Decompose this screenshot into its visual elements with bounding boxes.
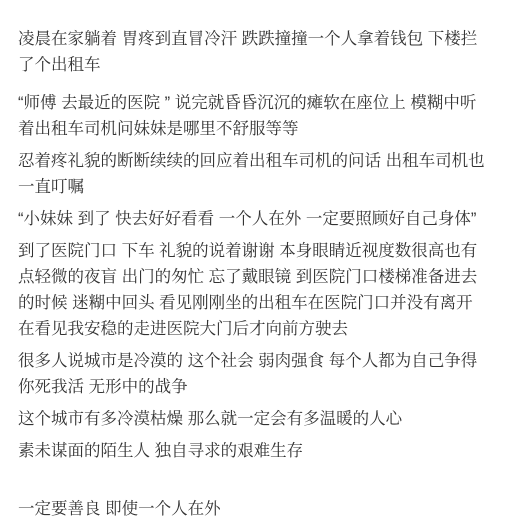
paragraph: 素未谋面的陌生人 独自寻求的艰难生存 — [18, 438, 494, 464]
text-line: 素未谋面的陌生人 独自寻求的艰难生存 — [18, 438, 494, 464]
paragraph: 很多人说城市是冷漠的 这个社会 弱肉强食 每个人都为自己争得 你死我活 无形中的… — [18, 348, 494, 400]
text-line: 着出租车司机问妹妹是哪里不舒服等等 — [18, 116, 494, 142]
paragraph: 到了医院门口 下车 礼貌的说着谢谢 本身眼睛近视度数很高也有 点轻微的夜盲 出门… — [18, 238, 494, 342]
text-line: 的时候 迷糊中回头 看见刚刚坐的出租车在医院门口并没有离开 — [18, 290, 494, 316]
text-line: “小妹妹 到了 快去好好看看 一个人在外 一定要照顾好自己身体” — [18, 206, 494, 232]
paragraph: “小妹妹 到了 快去好好看看 一个人在外 一定要照顾好自己身体” — [18, 206, 494, 232]
text-line: 这个城市有多冷漠枯燥 那么就一定会有多温暖的人心 — [18, 406, 494, 432]
paragraph: 这个城市有多冷漠枯燥 那么就一定会有多温暖的人心 — [18, 406, 494, 432]
paragraph-closing-remark: 一定要善良 即使一个人在外 — [18, 496, 494, 522]
paragraph: “师傅 去最近的医院 ” 说完就昏昏沉沉的瘫软在座位上 模糊中听 着出租车司机问… — [18, 90, 494, 142]
text-line: 凌晨在家躺着 胃疼到直冒冷汗 跌跌撞撞一个人拿着钱包 下楼拦 — [18, 26, 494, 52]
text-line: 很多人说城市是冷漠的 这个社会 弱肉强食 每个人都为自己争得 — [18, 348, 494, 374]
text-line: 忍着疼礼貌的断断续续的回应着出租车司机的问话 出租车司机也 — [18, 148, 494, 174]
text-line: 了个出租车 — [18, 52, 494, 78]
text-line: 一直叮嘱 — [18, 174, 494, 200]
text-line: 在看见我安稳的走进医院大门后才向前方驶去 — [18, 316, 494, 342]
text-line: 到了医院门口 下车 礼貌的说着谢谢 本身眼睛近视度数很高也有 — [18, 238, 494, 264]
text-line: 点轻微的夜盲 出门的匆忙 忘了戴眼镜 到医院门口楼梯准备进去 — [18, 264, 494, 290]
text-line: “师傅 去最近的医院 ” 说完就昏昏沉沉的瘫软在座位上 模糊中听 — [18, 90, 494, 116]
text-line: 一定要善良 即使一个人在外 — [18, 496, 494, 522]
post-text: 凌晨在家躺着 胃疼到直冒冷汗 跌跌撞撞一个人拿着钱包 下楼拦 了个出租车 “师傅… — [0, 0, 508, 522]
paragraph: 忍着疼礼貌的断断续续的回应着出租车司机的问话 出租车司机也 一直叮嘱 — [18, 148, 494, 200]
text-line: 你死我活 无形中的战争 — [18, 374, 494, 400]
paragraph: 凌晨在家躺着 胃疼到直冒冷汗 跌跌撞撞一个人拿着钱包 下楼拦 了个出租车 — [18, 26, 494, 78]
